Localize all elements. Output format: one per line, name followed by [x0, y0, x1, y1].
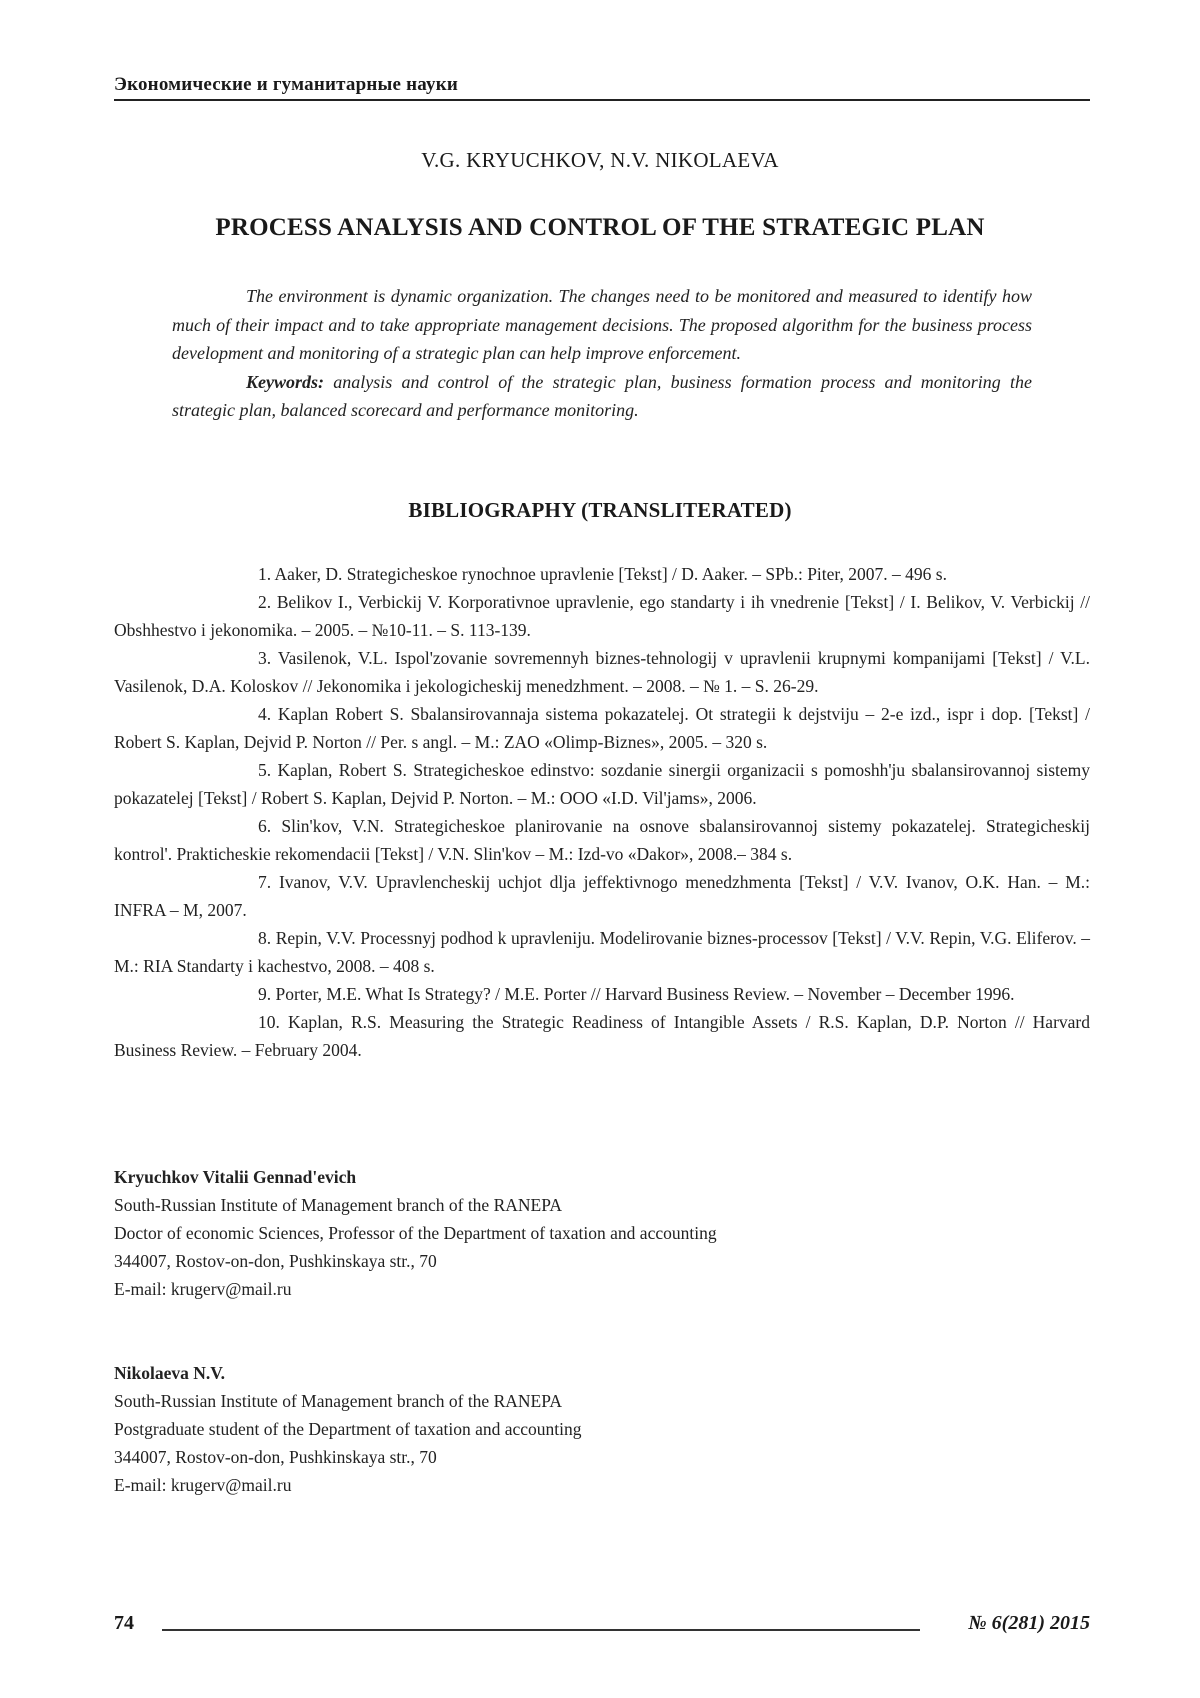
keywords: Keywords: analysis and control of the st…	[172, 368, 1032, 425]
reference-number: 8.	[186, 924, 271, 952]
author-info-kryuchkov: Kryuchkov Vitalii Gennad'evich South-Rus…	[114, 1163, 1014, 1303]
reference-number: 6.	[186, 812, 271, 840]
author-institution: South-Russian Institute of Management br…	[114, 1191, 1014, 1219]
keywords-label: Keywords:	[246, 372, 324, 392]
reference-item: 6. Slin'kov, V.N. Strategicheskoe planir…	[114, 812, 1090, 868]
reference-item: 9. Porter, M.E. What Is Strategy? / M.E.…	[114, 980, 1090, 1008]
author-address: 344007, Rostov-on-don, Pushkinskaya str.…	[114, 1247, 1014, 1275]
author-position: Doctor of economic Sciences, Professor o…	[114, 1219, 1014, 1247]
reference-number: 5.	[186, 756, 271, 784]
reference-item: 7. Ivanov, V.V. Upravlencheskij uchjot d…	[114, 868, 1090, 924]
reference-number: 2.	[186, 588, 271, 616]
issue-number: № 6(281) 2015	[968, 1612, 1090, 1635]
reference-number: 4.	[186, 700, 271, 728]
reference-item: 3. Vasilenok, V.L. Ispol'zovanie sovreme…	[114, 644, 1090, 700]
reference-item: 5. Kaplan, Robert S. Strategicheskoe edi…	[114, 756, 1090, 812]
article-title: PROCESS ANALYSIS AND CONTROL OF THE STRA…	[0, 214, 1200, 242]
author-email: E-mail: krugerv@mail.ru	[114, 1275, 1014, 1303]
reference-number: 7.	[186, 868, 271, 896]
bibliography-list: 1. Aaker, D. Strategicheskoe rynochnoe u…	[114, 560, 1090, 1064]
reference-item: 10. Kaplan, R.S. Measuring the Strategic…	[114, 1008, 1090, 1064]
abstract: The environment is dynamic organization.…	[172, 282, 1032, 425]
reference-text: Aaker, D. Strategicheskoe rynochnoe upra…	[275, 564, 947, 584]
reference-number: 9.	[186, 980, 271, 1008]
reference-number: 10.	[186, 1008, 280, 1036]
author-institution: South-Russian Institute of Management br…	[114, 1387, 1014, 1415]
reference-item: 8. Repin, V.V. Processnyj podhod k uprav…	[114, 924, 1090, 980]
author-name: Nikolaeva N.V.	[114, 1359, 1014, 1387]
bibliography-heading: BIBLIOGRAPHY (TRANSLITERATED)	[0, 498, 1200, 523]
author-address: 344007, Rostov-on-don, Pushkinskaya str.…	[114, 1443, 1014, 1471]
author-email: E-mail: krugerv@mail.ru	[114, 1471, 1014, 1499]
running-head: Экономические и гуманитарные науки	[114, 74, 1090, 101]
reference-item: 1. Aaker, D. Strategicheskoe rynochnoe u…	[114, 560, 1090, 588]
reference-item: 4. Kaplan Robert S. Sbalansirovannaja si…	[114, 700, 1090, 756]
reference-item: 2. Belikov I., Verbickij V. Korporativno…	[114, 588, 1090, 644]
reference-text: Porter, M.E. What Is Strategy? / M.E. Po…	[276, 984, 1015, 1004]
author-name: Kryuchkov Vitalii Gennad'evich	[114, 1163, 1014, 1191]
reference-number: 3.	[186, 644, 271, 672]
page-footer: 74 № 6(281) 2015	[114, 1612, 1090, 1642]
author-info-nikolaeva: Nikolaeva N.V. South-Russian Institute o…	[114, 1359, 1014, 1499]
reference-number: 1.	[186, 560, 271, 588]
footer-rule	[162, 1629, 920, 1631]
article-authors: V.G. KRYUCHKOV, N.V. NIKOLAEVA	[0, 148, 1200, 173]
abstract-text: The environment is dynamic organization.…	[172, 282, 1032, 368]
author-position: Postgraduate student of the Department o…	[114, 1415, 1014, 1443]
page-number: 74	[114, 1612, 134, 1635]
